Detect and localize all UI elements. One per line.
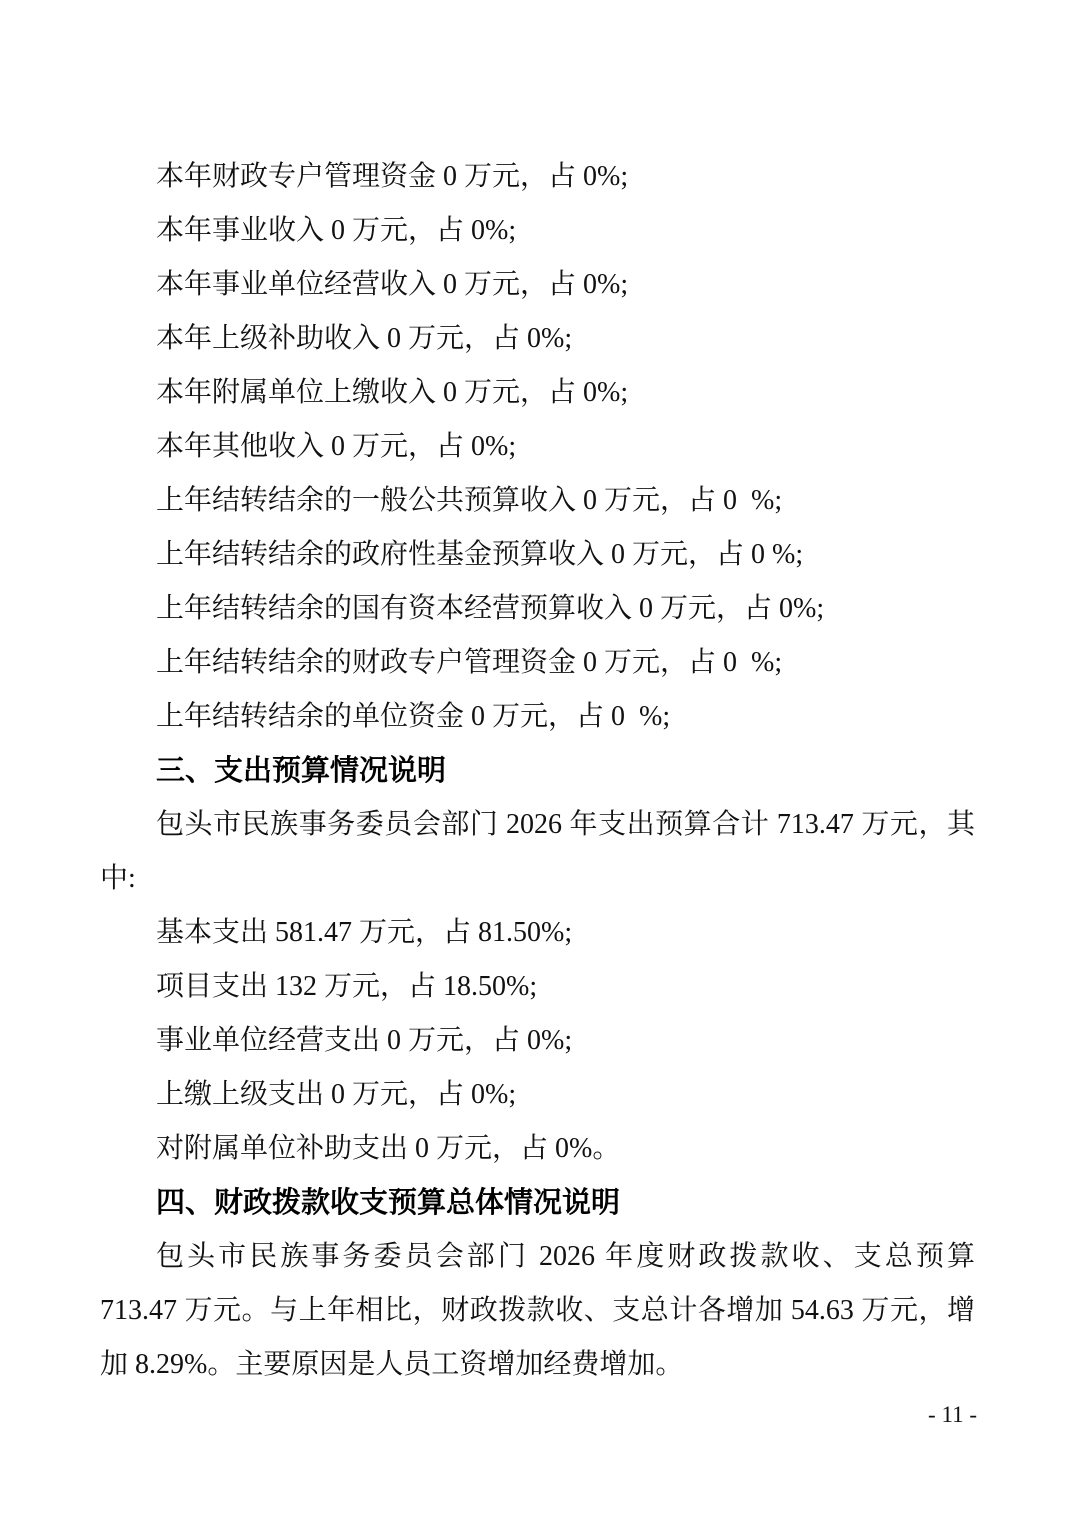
section-heading: 四、财政拨款收支预算总体情况说明 bbox=[100, 1176, 975, 1230]
paragraph-line: 中: bbox=[100, 852, 975, 906]
paragraph-line: 上年结转结余的国有资本经营预算收入 0 万元，占 0%; bbox=[100, 582, 975, 636]
paragraph-line: 对附属单位补助支出 0 万元，占 0%。 bbox=[100, 1122, 975, 1176]
document-page: 本年财政专户管理资金 0 万元，占 0%;本年事业收入 0 万元，占 0%;本年… bbox=[0, 0, 1075, 1520]
paragraph-line: 上年结转结余的一般公共预算收入 0 万元，占 0 %; bbox=[100, 474, 975, 528]
paragraph-line: 包头市民族事务委员会部门 2026 年度财政拨款收、支总预算 bbox=[100, 1230, 975, 1284]
paragraph-line: 上缴上级支出 0 万元，占 0%; bbox=[100, 1068, 975, 1122]
text-block: 本年财政专户管理资金 0 万元，占 0%;本年事业收入 0 万元，占 0%;本年… bbox=[100, 150, 975, 1392]
paragraph-line: 包头市民族事务委员会部门 2026 年支出预算合计 713.47 万元，其 bbox=[100, 798, 975, 852]
page-number: - 11 - bbox=[928, 1399, 977, 1431]
paragraph-line: 加 8.29%。主要原因是人员工资增加经费增加。 bbox=[100, 1338, 975, 1392]
paragraph-line: 本年其他收入 0 万元，占 0%; bbox=[100, 420, 975, 474]
paragraph-line: 本年事业单位经营收入 0 万元，占 0%; bbox=[100, 258, 975, 312]
paragraph-line: 上年结转结余的单位资金 0 万元，占 0 %; bbox=[100, 690, 975, 744]
section-heading: 三、支出预算情况说明 bbox=[100, 744, 975, 798]
paragraph-line: 上年结转结余的政府性基金预算收入 0 万元，占 0 %; bbox=[100, 528, 975, 582]
paragraph-line: 上年结转结余的财政专户管理资金 0 万元，占 0 %; bbox=[100, 636, 975, 690]
paragraph-line: 本年事业收入 0 万元，占 0%; bbox=[100, 204, 975, 258]
paragraph-line: 本年上级补助收入 0 万元，占 0%; bbox=[100, 312, 975, 366]
paragraph-line: 基本支出 581.47 万元，占 81.50%; bbox=[100, 906, 975, 960]
paragraph-line: 713.47 万元。与上年相比，财政拨款收、支总计各增加 54.63 万元，增 bbox=[100, 1284, 975, 1338]
paragraph-line: 项目支出 132 万元，占 18.50%; bbox=[100, 960, 975, 1014]
paragraph-line: 本年附属单位上缴收入 0 万元，占 0%; bbox=[100, 366, 975, 420]
paragraph-line: 本年财政专户管理资金 0 万元，占 0%; bbox=[100, 150, 975, 204]
paragraph-line: 事业单位经营支出 0 万元，占 0%; bbox=[100, 1014, 975, 1068]
